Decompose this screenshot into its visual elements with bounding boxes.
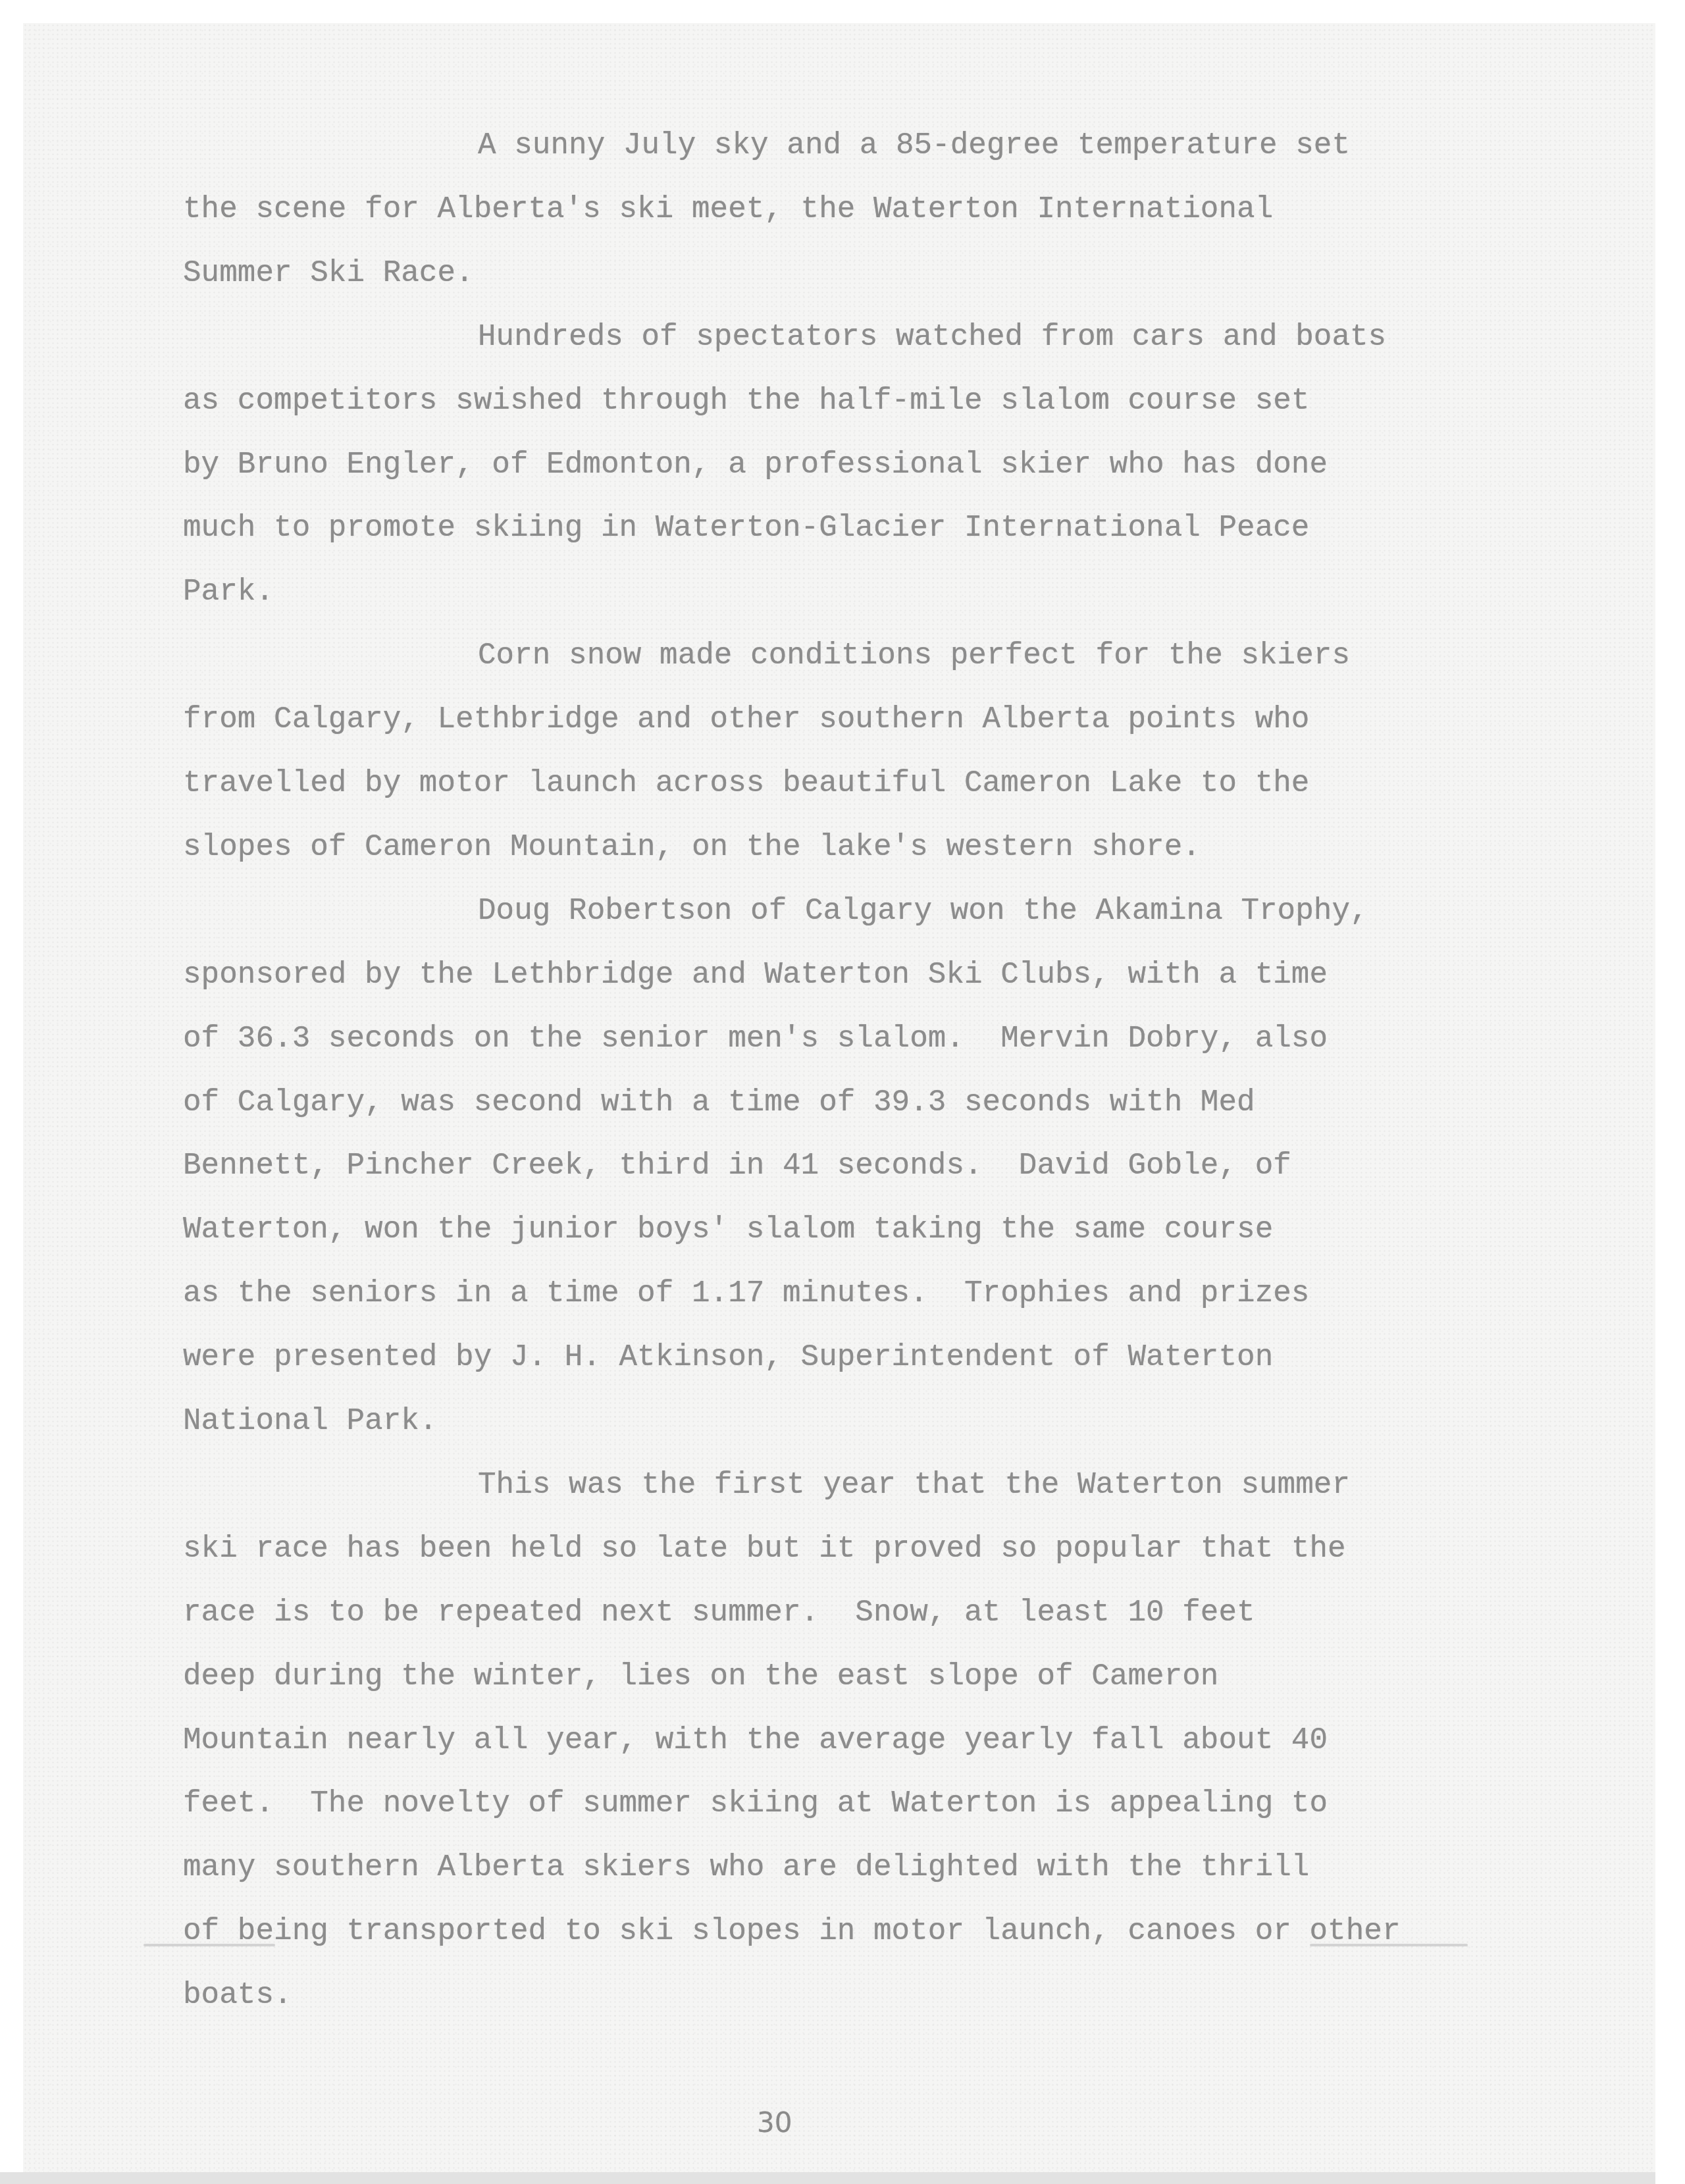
text-line: This was the first year that the Waterto… [478, 1470, 1350, 1500]
page-number: 30 [757, 2106, 792, 2139]
text-line: Corn snow made conditions perfect for th… [478, 640, 1350, 671]
text-line: ski race has been held so late but it pr… [183, 1534, 1346, 1564]
text-line: the scene for Alberta's ski meet, the Wa… [183, 194, 1273, 224]
text-line: Hundreds of spectators watched from cars… [478, 322, 1386, 352]
text-line: boats. [183, 1980, 292, 2010]
scan-bottom-edge [0, 2172, 1655, 2184]
text-line: National Park. [183, 1406, 437, 1436]
text-line: many southern Alberta skiers who are del… [183, 1852, 1309, 1883]
text-line: much to promote skiing in Waterton-Glaci… [183, 513, 1309, 543]
text-line: travelled by motor launch across beautif… [183, 768, 1309, 798]
text-line: Waterton, won the junior boys' slalom ta… [183, 1214, 1273, 1245]
text-line: feet. The novelty of summer skiing at Wa… [183, 1788, 1328, 1819]
text-line: A sunny July sky and a 85-degree tempera… [478, 130, 1350, 161]
text-line: Bennett, Pincher Creek, third in 41 seco… [183, 1151, 1291, 1181]
text-line: Summer Ski Race. [183, 258, 474, 288]
text-line: of 36.3 seconds on the senior men's slal… [183, 1024, 1328, 1054]
text-line: deep during the winter, lies on the east… [183, 1661, 1218, 1692]
text-line: Park. [183, 577, 274, 607]
text-line: as competitors swished through the half-… [183, 386, 1309, 416]
text-line: Doug Robertson of Calgary won the Akamin… [478, 896, 1368, 926]
text-line: were presented by J. H. Atkinson, Superi… [183, 1342, 1273, 1372]
text-line: as the seniors in a time of 1.17 minutes… [183, 1278, 1309, 1309]
text-line: of Calgary, was second with a time of 39… [183, 1087, 1255, 1118]
text-line: Mountain nearly all year, with the avera… [183, 1725, 1328, 1755]
text-line: of being transported to ski slopes in mo… [183, 1916, 1401, 1946]
text-line: race is to be repeated next summer. Snow… [183, 1598, 1255, 1628]
text-line: sponsored by the Lethbridge and Waterton… [183, 960, 1328, 990]
text-line: by Bruno Engler, of Edmonton, a professi… [183, 450, 1328, 480]
text-line: from Calgary, Lethbridge and other south… [183, 704, 1309, 735]
text-line: slopes of Cameron Mountain, on the lake'… [183, 832, 1201, 862]
